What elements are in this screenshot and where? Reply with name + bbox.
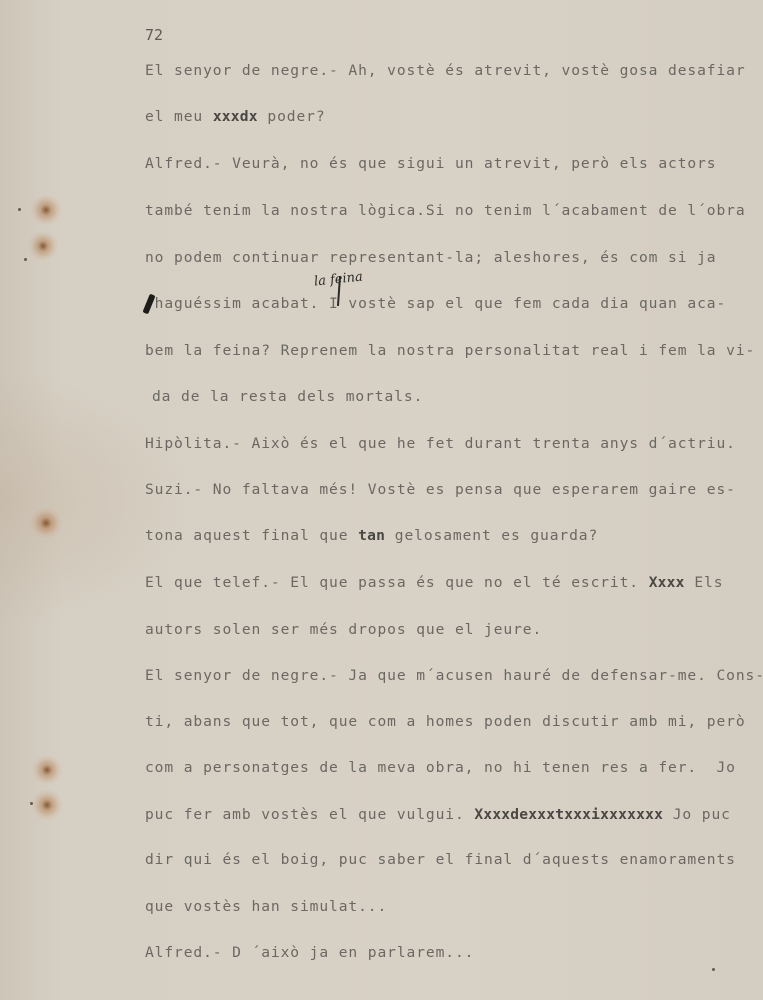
line-text: poder? [258, 108, 326, 125]
text-line: El que telef.- El que passa és que no el… [145, 574, 723, 592]
line-text: El senyor de negre.- Ja que m´acusen hau… [145, 667, 763, 684]
line-text: no podem continuar representant-la; ales… [145, 249, 716, 266]
line-text: també tenim la nostra lògica.Si no tenim… [145, 202, 746, 219]
text-line: puc fer amb vostès el que vulgui. Xxxxde… [145, 806, 731, 824]
line-text: El senyor de negre.- Ah, vostè és atrevi… [145, 62, 746, 79]
text-line: Hipòlita.- Això és el que he fet durant … [145, 435, 736, 453]
document-page: 72 El senyor de negre.- Ah, vostè és atr… [0, 0, 763, 1000]
text-line: no podem continuar representant-la; ales… [145, 249, 716, 267]
line-text: dir qui és el boig, puc saber el final d… [145, 851, 736, 868]
line-text: com a personatges de la meva obra, no hi… [145, 759, 736, 776]
struck-out-text: Xxxx [649, 574, 685, 591]
struck-out-text: Xxxxdexxxtxxxixxxxxxx [474, 806, 663, 823]
line-text: Jo puc [663, 806, 731, 823]
text-line: el meu xxxdx poder? [145, 108, 326, 126]
ink-speck [18, 208, 21, 211]
page-number: 72 [145, 26, 163, 44]
text-line: bem la feina? Reprenem la nostra persona… [145, 342, 755, 360]
line-text: Alfred.- Veurà, no és que sigui un atrev… [145, 155, 716, 172]
text-line: dir qui és el boig, puc saber el final d… [145, 851, 736, 869]
line-text: Hipòlita.- Això és el que he fet durant … [145, 435, 736, 452]
line-text: ti, abans que tot, que com a homes poden… [145, 713, 746, 730]
line-text: Suzi.- No faltava més! Vostè es pensa qu… [145, 481, 736, 498]
rust-stain [32, 756, 62, 784]
text-line: tona aquest final que tan gelosament es … [145, 527, 598, 545]
line-text: Els [685, 574, 724, 591]
ink-speck [30, 802, 33, 805]
rust-stain [32, 790, 62, 820]
text-line: ti, abans que tot, que com a homes poden… [145, 713, 746, 731]
ink-speck [24, 258, 27, 261]
text-line: Suzi.- No faltava més! Vostè es pensa qu… [145, 481, 736, 499]
line-text: da de la resta dels mortals. [152, 388, 423, 405]
line-text: autors solen ser més dropos que el jeure… [145, 621, 542, 638]
line-text: el meu [145, 108, 213, 125]
line-text: que vostès han simulat... [145, 898, 387, 915]
text-line: Alfred.- D ´això ja en parlarem... [145, 944, 474, 962]
text-line: haguéssim acabat. I vostè sap el que fem… [145, 295, 726, 313]
rust-stain [30, 196, 62, 224]
struck-out-text: xxxdx [213, 108, 258, 125]
text-line: també tenim la nostra lògica.Si no tenim… [145, 202, 746, 220]
handwritten-insertion: la feina [313, 269, 363, 289]
rust-stain [28, 232, 58, 260]
ink-speck [712, 968, 715, 971]
line-text: puc fer amb vostès el que vulgui. [145, 806, 474, 823]
line-text: bem la feina? Reprenem la nostra persona… [145, 342, 755, 359]
text-line: que vostès han simulat... [145, 898, 387, 916]
line-text: haguéssim acabat. I vostè sap el que fem… [145, 295, 726, 312]
text-line: da de la resta dels mortals. [152, 388, 423, 406]
line-text: El que telef.- El que passa és que no el… [145, 574, 649, 591]
rust-stain [30, 508, 62, 538]
text-line: El senyor de negre.- Ja que m´acusen hau… [145, 667, 763, 685]
line-text: Alfred.- D ´això ja en parlarem... [145, 944, 474, 961]
text-line: Alfred.- Veurà, no és que sigui un atrev… [145, 155, 716, 173]
text-line: com a personatges de la meva obra, no hi… [145, 759, 736, 777]
struck-out-text: tan [358, 527, 385, 544]
line-text: gelosament es guarda? [385, 527, 598, 544]
line-text: tona aquest final que [145, 527, 358, 544]
text-line: autors solen ser més dropos que el jeure… [145, 621, 542, 639]
text-line: El senyor de negre.- Ah, vostè és atrevi… [145, 62, 746, 80]
